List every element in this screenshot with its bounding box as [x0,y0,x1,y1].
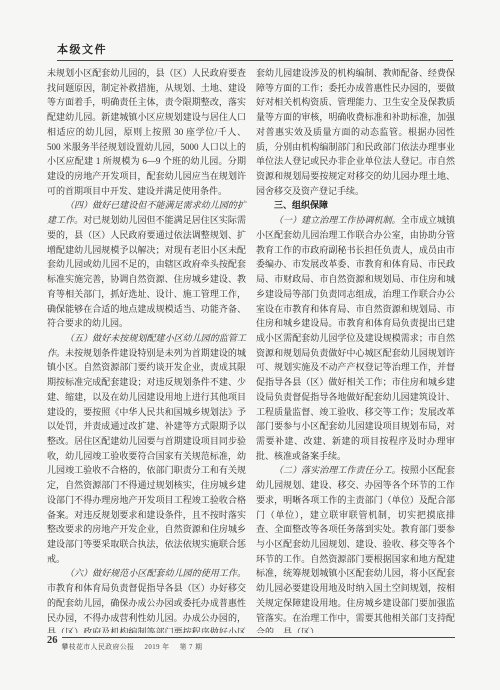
paragraph: （四）做好已建设但不能满足需求幼儿园的扩建工作。对已规划幼儿园但不能满足居住区实… [47,198,246,330]
paragraph-lead: （六）做好规范小区配套幼儿园的使用工作。 [65,568,246,578]
paragraph: （一）建立治理工作协调机制。全市成立城镇小区配套幼儿园治理工作联合办公室，由协助… [256,213,455,463]
footer-rule: 攀枝花市人民政府公报 2019 年 第 7 期 [62,637,456,651]
section-heading: 三、组织保障 [256,198,455,213]
document-body: 未规划小区配套幼儿园的，县（区）人民政府要查找问题原因，制定补救措施，从规划、土… [47,66,455,633]
paragraph-text: 未规划小区配套幼儿园的，县（区）人民政府要查找问题原因，制定补救措施，从规划、土… [47,68,246,196]
gazette-year: 2019 年 [144,641,169,651]
page-footer: 26 攀枝花市人民政府公报 2019 年 第 7 期 [47,633,455,651]
paragraph-text: 未按规划条件建设特别是未列为首期建设的城镇小区。自然资源部门要约谈开发企业，责成… [47,348,246,564]
section-label: 本级文件 [57,44,107,56]
paragraph: （二）落实治理工作责任分工。按照小区配套幼儿园规划、建设、移交、办园等各个环节的… [256,463,455,633]
paragraph-lead: （一）建立治理工作协调机制。 [274,215,401,225]
paragraph-text: 市教育和体育局负责督促指导各县（区）办好移交的配套幼儿园，确保办成公办园或委托办… [47,583,246,633]
right-column: 套幼儿园建设涉及的机构编制、教师配备、经费保障等方面的工作；委托办成普惠性民办园… [256,66,455,633]
paragraph-text: 对已规划幼儿园但不能满足居住区实际需要的，县（区）人民政府要通过依法调整规划、扩… [47,215,246,328]
left-column: 未规划小区配套幼儿园的，县（区）人民政府要查找问题原因，制定补救措施，从规划、土… [47,66,246,633]
paragraph: 未规划小区配套幼儿园的，县（区）人民政府要查找问题原因，制定补救措施，从规划、土… [47,66,246,198]
gazette-title: 攀枝花市人民政府公报 [62,641,135,651]
paragraph-text: 套幼儿园建设涉及的机构编制、教师配备、经费保障等方面的工作；委托办成普惠性民办园… [256,68,455,196]
page-header: 本级文件 [57,40,453,61]
gazette-issue: 第 7 期 [180,641,203,651]
paragraph: （六）做好规范小区配套幼儿园的使用工作。市教育和体育局负责督促指导各县（区）办好… [47,566,246,633]
paragraph: 套幼儿园建设涉及的机构编制、教师配备、经费保障等方面的工作；委托办成普惠性民办园… [256,66,455,198]
page-number: 26 [47,635,58,646]
paragraph-lead: （二）落实治理工作责任分工。 [274,465,401,475]
gazette-page: 本级文件 未规划小区配套幼儿园的，县（区）人民政府要查找问题原因，制定补救措施，… [0,0,500,690]
paragraph-text: 全市成立城镇小区配套幼儿园治理工作联合办公室，由协助分管教育工作的市政府副秘书长… [256,215,455,461]
paragraph: （五）做好未按规划配建小区幼儿园的监管工作。未按规划条件建设特别是未列为首期建设… [47,331,246,567]
paragraph-text: 按照小区配套幼儿园规划、建设、移交、办园等各个环节的工作要求，明晰各项工作的主责… [256,465,455,633]
